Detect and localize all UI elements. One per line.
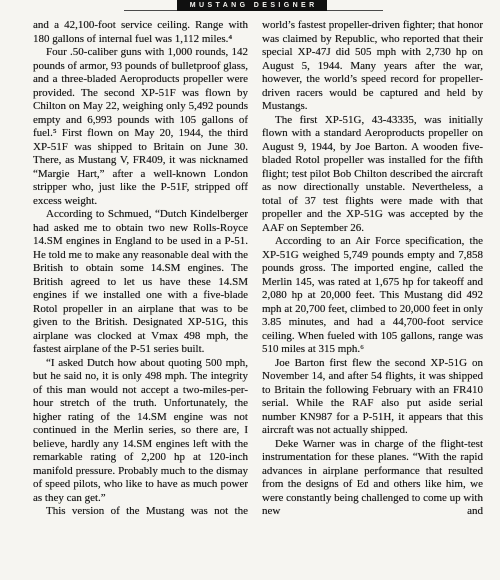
right-column: world’s fastest propeller-driven fighter… [262,19,483,580]
running-head-box: MUSTANG DESIGNER [177,0,327,11]
paragraph: According to Schmued, “Dutch Kindelberge… [33,208,248,357]
paragraph: world’s fastest propeller-driven fighter… [262,19,483,114]
text-columns: and a 42,100-foot service ceiling. Range… [33,19,483,580]
paragraph: Joe Barton first flew the second XP-51G … [262,357,483,438]
paragraph: Four .50-caliber guns with 1,000 rounds,… [33,46,248,208]
paragraph: “I asked Dutch how about quoting 500 mph… [33,357,248,506]
paragraph: According to an Air Force specification,… [262,235,483,357]
left-column: and a 42,100-foot service ceiling. Range… [33,19,248,580]
paragraph: The first XP-51G, 43-43335, was initiall… [262,114,483,236]
page-title: MUSTANG DESIGNER [186,2,317,9]
page-header: MUSTANG DESIGNER [0,0,500,18]
paragraph: Deke Warner was in charge of the flight-… [262,438,483,519]
book-page: MUSTANG DESIGNER and a 42,100-foot servi… [0,0,500,580]
paragraph: and a 42,100-foot service ceiling. Range… [33,19,248,46]
paragraph: This version of the Mustang was not the [33,505,248,519]
